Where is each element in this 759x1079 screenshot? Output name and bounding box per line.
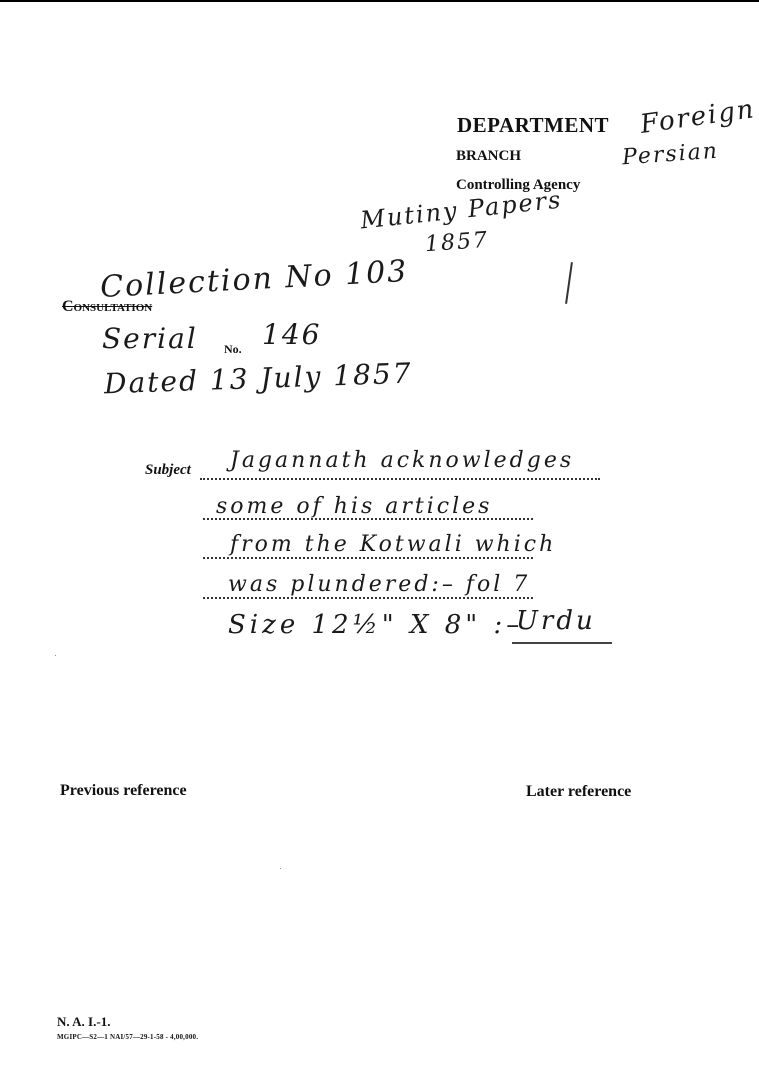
print-info-line: MGIPC—S2—1 NAI/57—29-1-58 - 4,00,000. <box>57 1033 198 1041</box>
branch-label: BRANCH <box>456 148 521 165</box>
branch-value: Persian <box>621 139 719 171</box>
department-label: DEPARTMENT <box>457 113 609 138</box>
subject-label: Subject <box>145 462 191 479</box>
dated-text: Dated 13 July 1857 <box>104 357 413 401</box>
form-identifier: N. A. I.-1. <box>57 1014 110 1030</box>
top-border-rule <box>0 0 759 2</box>
scan-speck <box>55 655 56 656</box>
subject-line: some of his articles <box>216 494 492 519</box>
controlling-agency-year: 1857 <box>424 228 490 257</box>
pen-stroke-mark <box>565 262 573 304</box>
subject-line: was plundered:– fol 7 <box>228 572 530 597</box>
serial-label-handwritten: Serial <box>102 322 198 355</box>
subject-line: from the Kotwali which <box>230 532 556 557</box>
subject-dotted-line <box>200 478 600 480</box>
subject-dotted-line <box>203 557 533 559</box>
later-reference-label: Later reference <box>526 783 631 801</box>
document-size: Size 12½" X 8" :– <box>228 610 523 640</box>
subject-line: Jagannath acknowledges <box>230 448 574 473</box>
previous-reference-label: Previous reference <box>60 782 187 800</box>
document-language: Urdu <box>516 606 596 636</box>
number-label: No. <box>224 342 242 357</box>
consultation-label: Consultation <box>62 298 152 316</box>
subject-dotted-line <box>203 597 533 599</box>
serial-number: 146 <box>262 318 321 351</box>
department-value: Foreign <box>638 94 757 140</box>
language-underline <box>512 642 612 644</box>
scan-speck <box>280 868 281 869</box>
